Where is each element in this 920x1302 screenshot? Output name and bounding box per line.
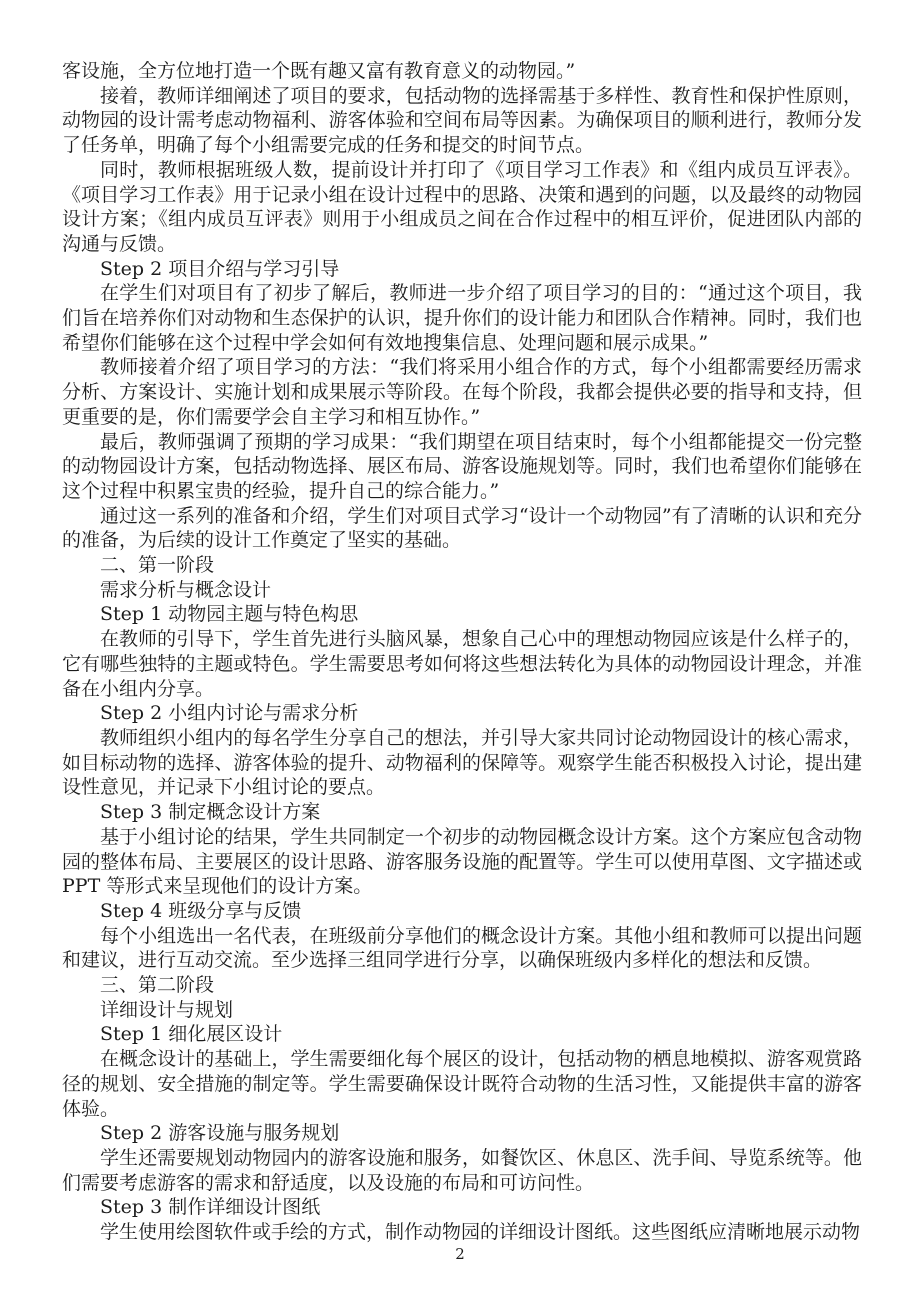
document-paragraph: 教师组织小组内的每名学生分享自己的想法，并引导大家共同讨论动物园设计的核心需求，… — [62, 726, 862, 800]
document-paragraph: 通过这一系列的准备和介绍，学生们对项目式学习“设计一个动物园”有了清晰的认识和充… — [62, 504, 862, 553]
document-paragraph: 客设施，全方位地打造一个既有趣又富有教育意义的动物园。” — [62, 59, 862, 84]
document-paragraph: 教师接着介绍了项目学习的方法：“我们将采用小组合作的方式，每个小组都需要经历需求… — [62, 355, 862, 429]
document-paragraph: 二、第一阶段 — [62, 553, 862, 578]
document-paragraph: 同时，教师根据班级人数，提前设计并打印了《项目学习工作表》和《组内成员互评表》。… — [62, 158, 862, 257]
document-paragraph: Step 2 项目介绍与学习引导 — [62, 257, 862, 282]
document-paragraph: 最后，教师强调了预期的学习成果：“我们期望在项目结束时，每个小组都能提交一份完整… — [62, 430, 862, 504]
document-body: 客设施，全方位地打造一个既有趣又富有教育意义的动物园。” 接着，教师详细阐述了项… — [62, 59, 862, 1245]
document-paragraph: 详细设计与规划 — [62, 998, 862, 1023]
document-paragraph: 三、第二阶段 — [62, 973, 862, 998]
document-paragraph: Step 1 动物园主题与特色构思 — [62, 602, 862, 627]
document-paragraph: 在概念设计的基础上，学生需要细化每个展区的设计，包括动物的栖息地模拟、游客观赏路… — [62, 1047, 862, 1121]
document-paragraph: 学生还需要规划动物园内的游客设施和服务，如餐饮区、休息区、洗手间、导览系统等。他… — [62, 1146, 862, 1195]
document-paragraph: 在教师的引导下，学生首先进行头脑风暴，想象自己心中的理想动物园应该是什么样子的，… — [62, 627, 862, 701]
document-paragraph: Step 2 小组内讨论与需求分析 — [62, 701, 862, 726]
document-paragraph: 每个小组选出一名代表，在班级前分享他们的概念设计方案。其他小组和教师可以提出问题… — [62, 924, 862, 973]
document-paragraph: Step 3 制作详细设计图纸 — [62, 1195, 862, 1220]
document-paragraph: 需求分析与概念设计 — [62, 578, 862, 603]
document-paragraph: Step 1 细化展区设计 — [62, 1022, 862, 1047]
document-paragraph: 学生使用绘图软件或手绘的方式，制作动物园的详细设计图纸。这些图纸应清晰地展示动物 — [62, 1220, 862, 1245]
document-paragraph: 基于小组讨论的结果，学生共同制定一个初步的动物园概念设计方案。这个方案应包含动物… — [62, 825, 862, 899]
document-paragraph: Step 3 制定概念设计方案 — [62, 800, 862, 825]
document-paragraph: 接着，教师详细阐述了项目的要求，包括动物的选择需基于多样性、教育性和保护性原则，… — [62, 84, 862, 158]
document-paragraph: Step 2 游客设施与服务规划 — [62, 1121, 862, 1146]
document-paragraph: Step 4 班级分享与反馈 — [62, 899, 862, 924]
page-number: 2 — [0, 1244, 920, 1264]
document-paragraph: 在学生们对项目有了初步了解后，教师进一步介绍了项目学习的目的：“通过这个项目，我… — [62, 281, 862, 355]
document-page: 客设施，全方位地打造一个既有趣又富有教育意义的动物园。” 接着，教师详细阐述了项… — [0, 0, 920, 1302]
